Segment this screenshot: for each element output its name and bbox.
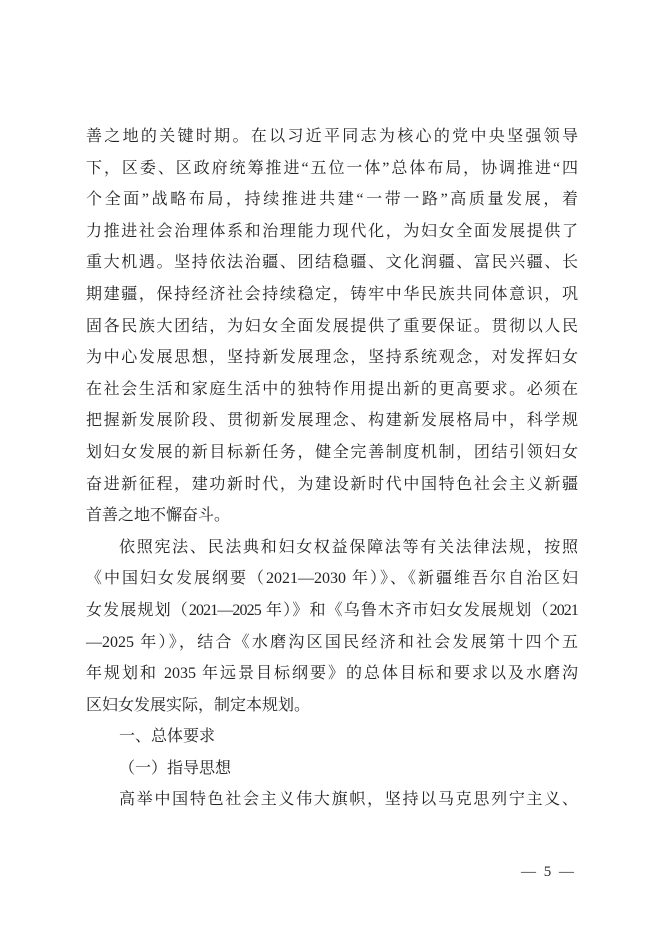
- subsection-heading: （一）指导思想: [86, 753, 578, 785]
- paragraph-first-line: 依照宪法、民法典和妇女权益保障法等有关法律法规，按照: [86, 532, 578, 564]
- paragraph-last-line: 区妇女发展实际，制定本规划。: [86, 690, 578, 722]
- text-line: —2025 年）》，结合《水磨沟区国民经济和社会发展第十四个五: [86, 627, 578, 659]
- text-line: 奋进新征程，建功新时代，为建设新时代中国特色社会主义新疆: [86, 469, 578, 501]
- text-line: 善之地的关键时期。在以习近平同志为核心的党中央坚强领导: [86, 121, 578, 153]
- page-number: — 5 —: [521, 864, 576, 881]
- document-page: 善之地的关键时期。在以习近平同志为核心的党中央坚强领导 下，区委、区政府统筹推进…: [0, 0, 662, 936]
- paragraph-last-line: 首善之地不懈奋斗。: [86, 500, 578, 532]
- section-heading: 一、总体要求: [86, 721, 578, 753]
- paragraph-first-line: 高举中国特色社会主义伟大旗帜，坚持以马克思列宁主义、: [86, 784, 578, 816]
- text-line: 下，区委、区政府统筹推进“五位一体”总体布局，协调推进“四: [86, 153, 578, 185]
- text-line: 年规划和 2035 年远景目标纲要》的总体目标和要求以及水磨沟: [86, 658, 578, 690]
- text-line: 为中心发展思想，坚持新发展理念，坚持系统观念，对发挥妇女: [86, 342, 578, 374]
- text-line: 《中国妇女发展纲要（2021—2030 年）》、《新疆维吾尔自治区妇: [86, 563, 578, 595]
- text-line: 在社会生活和家庭生活中的独特作用提出新的更高要求。必须在: [86, 374, 578, 406]
- text-block: 善之地的关键时期。在以习近平同志为核心的党中央坚强领导 下，区委、区政府统筹推进…: [86, 121, 578, 816]
- text-line: 把握新发展阶段、贯彻新发展理念、构建新发展格局中，科学规: [86, 405, 578, 437]
- text-line: 力推进社会治理体系和治理能力现代化，为妇女全面发展提供了: [86, 216, 578, 248]
- text-line: 女发展规划（2021—2025 年）》和《乌鲁木齐市妇女发展规划（2021: [86, 595, 578, 627]
- text-line: 划妇女发展的新目标新任务，健全完善制度机制，团结引领妇女: [86, 437, 578, 469]
- text-line: 期建疆，保持经济社会持续稳定，铸牢中华民族共同体意识，巩: [86, 279, 578, 311]
- text-line: 重大机遇。坚持依法治疆、团结稳疆、文化润疆、富民兴疆、长: [86, 247, 578, 279]
- text-line: 固各民族大团结，为妇女全面发展提供了重要保证。贯彻以人民: [86, 311, 578, 343]
- text-line: 个全面”战略布局，持续推进共建“一带一路”高质量发展，着: [86, 184, 578, 216]
